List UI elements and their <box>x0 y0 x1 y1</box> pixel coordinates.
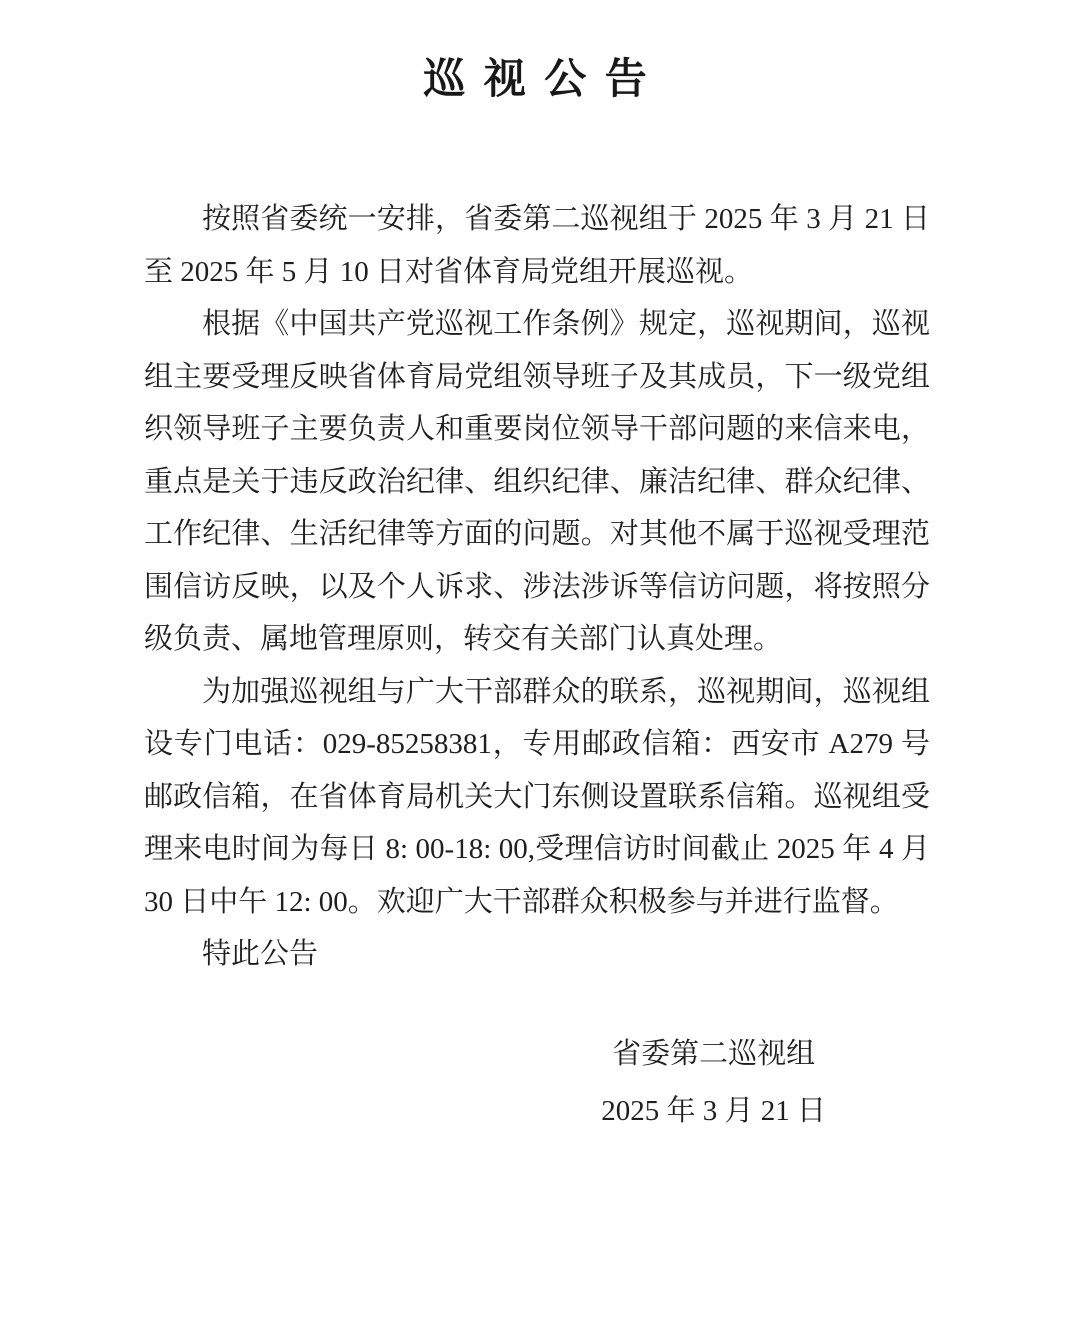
signature-org: 省委第二巡视组 <box>601 1026 826 1083</box>
paragraph-scope-of-acceptance: 根据《中国共产党巡视工作条例》规定，巡视期间，巡视组主要受理反映省体育局党组领导… <box>144 298 930 666</box>
signature-date: 2025 年 3 月 21 日 <box>601 1083 826 1140</box>
announcement-body: 按照省委统一安排，省委第二巡视组于 2025 年 3 月 21 日至 2025 … <box>144 193 930 981</box>
closing-line: 特此公告 <box>144 928 930 981</box>
signature-block: 省委第二巡视组 2025 年 3 月 21 日 <box>601 1026 826 1140</box>
paragraph-contact-details: 为加强巡视组与广大干部群众的联系，巡视期间，巡视组设专门电话：029-85258… <box>144 666 930 929</box>
announcement-page: 巡 视 公 告 按照省委统一安排，省委第二巡视组于 2025 年 3 月 21 … <box>0 0 1074 1326</box>
page-title: 巡 视 公 告 <box>144 52 930 108</box>
paragraph-inspection-dates: 按照省委统一安排，省委第二巡视组于 2025 年 3 月 21 日至 2025 … <box>144 193 930 298</box>
